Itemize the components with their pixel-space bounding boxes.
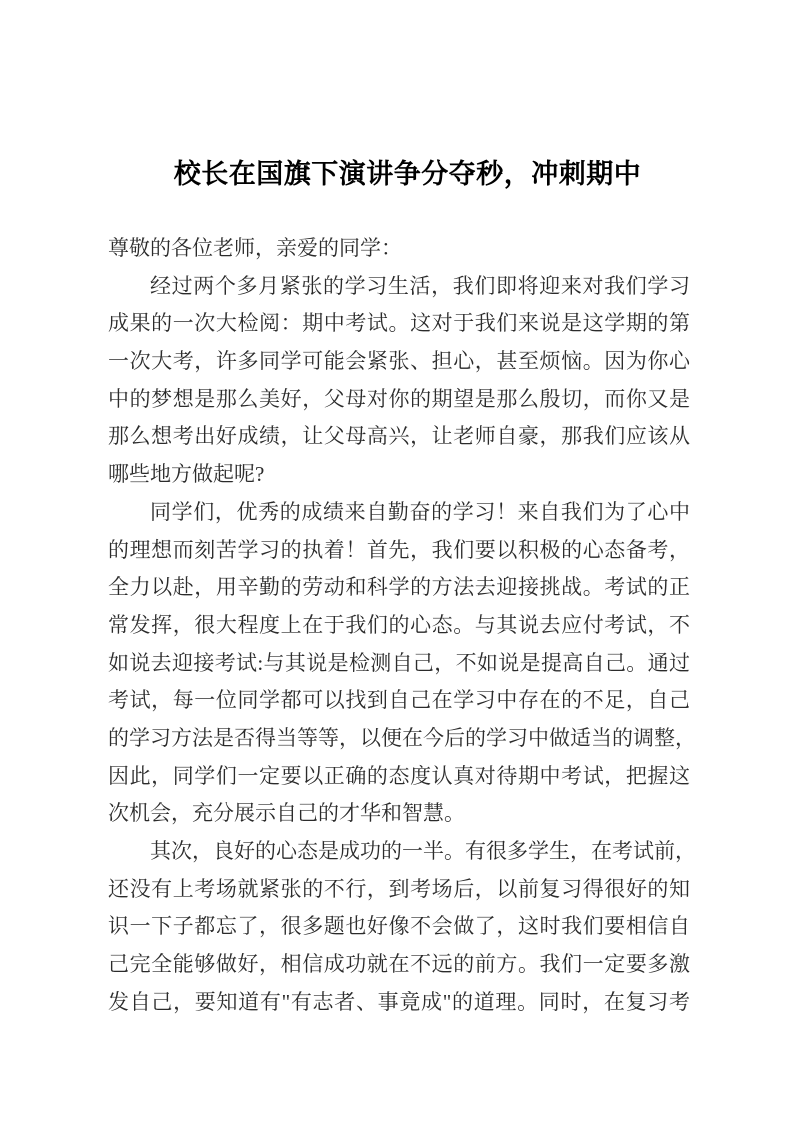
text-line: 一次大考，许多同学可能会紧张、担心，甚至烦恼。因为你心 (108, 343, 690, 381)
document-title: 校长在国旗下演讲争分夺秒，冲刺期中 (0, 154, 793, 194)
text-line: 经过两个多月紧张的学习生活，我们即将迎来对我们学习 (108, 268, 690, 306)
text-line: 成果的一次大检阅：期中考试。这对于我们来说是这学期的第 (108, 305, 690, 343)
paragraph: 其次，良好的心态是成功的一半。有很多学生，在考试前，还没有上考场就紧张的不行，到… (108, 833, 690, 1021)
text-line: 常发挥，很大程度上在于我们的心态。与其说去应付考试，不 (108, 607, 690, 645)
text-line: 己完全能够做好，相信成功就在不远的前方。我们一定要多激 (108, 946, 690, 984)
document-body: 尊敬的各位老师，亲爱的同学：经过两个多月紧张的学习生活，我们即将迎来对我们学习成… (108, 230, 690, 1021)
document-page: 校长在国旗下演讲争分夺秒，冲刺期中 尊敬的各位老师，亲爱的同学：经过两个多月紧张… (0, 0, 793, 1122)
text-line: 还没有上考场就紧张的不行，到考场后，以前复习得很好的知 (108, 871, 690, 909)
paragraph: 同学们，优秀的成绩来自勤奋的学习！来自我们为了心中的理想而刻苦学习的执着！首先，… (108, 494, 690, 833)
text-line: 哪些地方做起呢? (108, 456, 690, 494)
text-line: 考试，每一位同学都可以找到自己在学习中存在的不足，自己 (108, 682, 690, 720)
text-line: 那么想考出好成绩，让父母高兴，让老师自豪，那我们应该从 (108, 418, 690, 456)
text-line: 中的梦想是那么美好，父母对你的期望是那么殷切，而你又是 (108, 381, 690, 419)
text-line: 次机会，充分展示自己的才华和智慧。 (108, 795, 690, 833)
text-line: 发自己，要知道有"有志者、事竟成"的道理。同时，在复习考 (108, 984, 690, 1022)
text-line: 的理想而刻苦学习的执着！首先，我们要以积极的心态备考， (108, 532, 690, 570)
text-line: 的学习方法是否得当等等，以便在今后的学习中做适当的调整， (108, 720, 690, 758)
text-line: 如说去迎接考试:与其说是检测自己，不如说是提高自己。通过 (108, 645, 690, 683)
text-line: 同学们，优秀的成绩来自勤奋的学习！来自我们为了心中 (108, 494, 690, 532)
paragraph: 经过两个多月紧张的学习生活，我们即将迎来对我们学习成果的一次大检阅：期中考试。这… (108, 268, 690, 494)
text-line: 其次，良好的心态是成功的一半。有很多学生，在考试前， (108, 833, 690, 871)
text-line: 尊敬的各位老师，亲爱的同学： (108, 230, 690, 268)
text-line: 因此，同学们一定要以正确的态度认真对待期中考试，把握这 (108, 758, 690, 796)
paragraph: 尊敬的各位老师，亲爱的同学： (108, 230, 690, 268)
text-line: 识一下子都忘了，很多题也好像不会做了，这时我们要相信自 (108, 908, 690, 946)
text-line: 全力以赴，用辛勤的劳动和科学的方法去迎接挑战。考试的正 (108, 569, 690, 607)
